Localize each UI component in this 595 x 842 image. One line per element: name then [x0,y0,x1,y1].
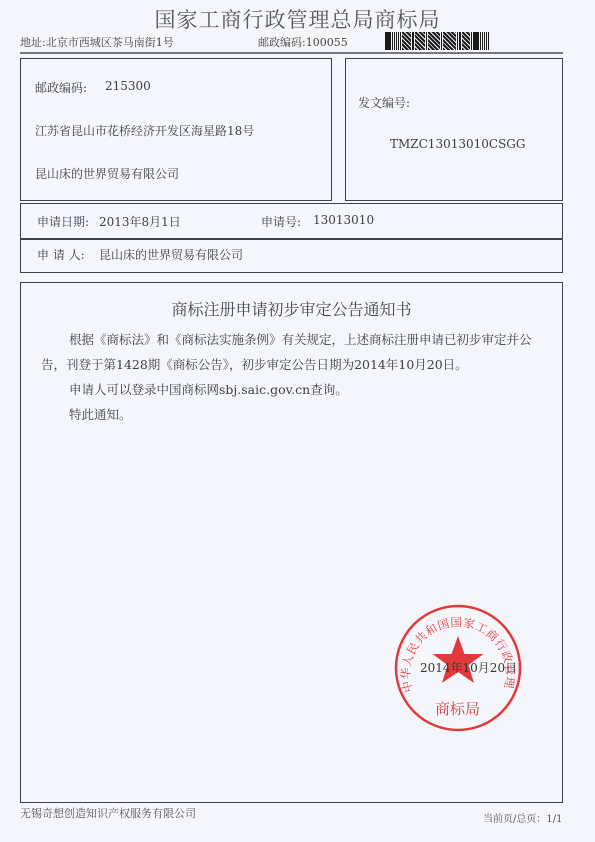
applicant-label: 申 请 人: [37,246,85,263]
document-number-box: 发文编号: TMZC13013010CSGG [345,58,563,201]
footer-page-indicator: 当前页/总页：1/1 [483,810,562,825]
application-divider [21,238,562,240]
issuer-postal-code: 邮政编码:100055 [258,34,348,50]
recipient-postal-label: 邮政编码: [35,79,87,96]
recipient-postal-value: 215300 [105,79,151,93]
recipient-box: 邮政编码: 215300 江苏省昆山市花桥经济开发区海星路18号 昆山床的世界贸… [20,58,332,201]
application-number-value: 13013010 [313,213,374,227]
notice-paragraph-2: 申请人可以登录中国商标网sbj.saic.gov.cn查询。 [69,378,348,401]
recipient-address: 江苏省昆山市花桥经济开发区海星路18号 [35,122,254,139]
application-number-label: 申请号: [261,213,301,230]
document-number-label: 发文编号: [358,94,410,111]
notice-paragraph-1-line-2: 告，刊登于第1428期《商标公告》，初步审定公告日期为2014年10月20日。 [41,353,468,376]
seal-name: 商标局 [435,698,480,719]
application-date-value: 2013年8月1日 [99,213,181,230]
notice-paragraph-3: 特此通知。 [69,403,132,426]
applicant-value: 昆山床的世界贸易有限公司 [99,246,243,263]
application-date-label: 申请日期: [37,213,89,230]
document-number-value: TMZC13013010CSGG [390,137,525,151]
header-rule [20,52,563,54]
issuer-address: 地址:北京市西城区茶马南街1号 [20,34,174,50]
issuer-title: 国家工商行政管理总局商标局 [0,4,595,34]
barcode [385,32,563,50]
recipient-company: 昆山床的世界贸易有限公司 [35,165,179,182]
seal-date: 2014年10月20日 [420,659,517,676]
footer-agency: 无锡奇想创造知识产权服务有限公司 [20,805,196,821]
notice-paragraph-1-line-1: 根据《商标法》和《商标法实施条例》有关规定，上述商标注册申请已初步审定并公 [69,328,532,351]
application-box: 申请日期: 2013年8月1日 申请号: 13013010 申 请 人: 昆山床… [20,203,563,273]
notice-title: 商标注册申请初步审定公告通知书 [21,297,562,320]
